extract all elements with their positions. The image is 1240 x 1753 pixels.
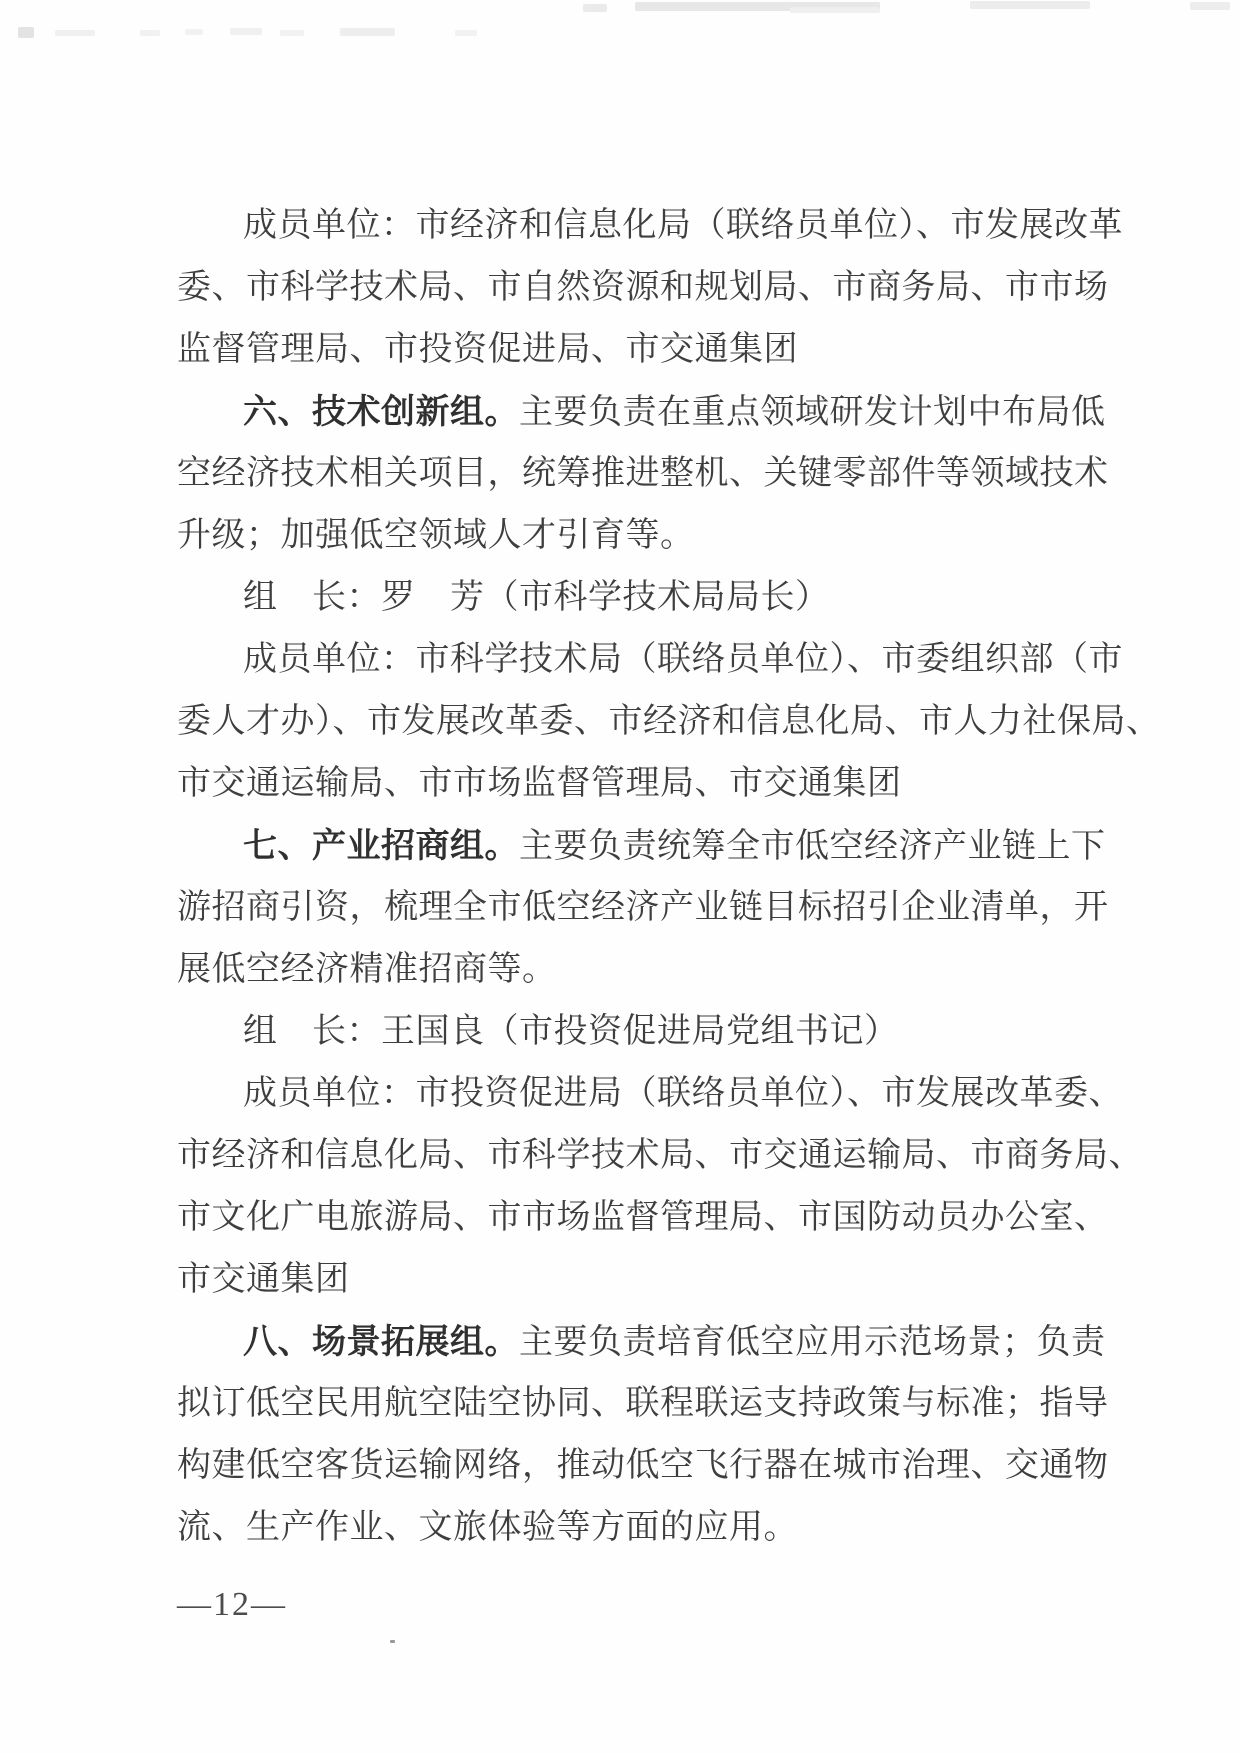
text-segment: 升级；加强低空领域人才引育等。 — [177, 517, 695, 554]
page-number: —12— — [177, 1586, 287, 1624]
scan-artifact — [583, 4, 607, 12]
text-segment: 组 长：罗 芳（市科学技术局局长） — [243, 579, 830, 616]
text-line: 委人才办）、市发展改革委、市经济和信息化局、市人力社保局、 — [177, 691, 1117, 753]
text-segment: 主要负责在重点领域研发计划中布局低 — [519, 394, 1106, 431]
scan-artifact — [185, 29, 203, 35]
text-line: 市经济和信息化局、市科学技术局、市交通运输局、市商务局、 — [177, 1125, 1117, 1187]
text-line: 成员单位：市经济和信息化局（联络员单位）、市发展改革 — [177, 195, 1117, 257]
text-segment: 成员单位：市投资促进局（联络员单位）、市发展改革委、 — [243, 1075, 1123, 1112]
text-segment: 主要负责统筹全市低空经济产业链上下 — [519, 828, 1106, 865]
text-segment: 成员单位：市经济和信息化局（联络员单位）、市发展改革 — [243, 207, 1123, 244]
text-line: 展低空经济精准招商等。 — [177, 939, 1117, 1001]
scan-speck — [390, 1640, 395, 1643]
text-line: 流、生产作业、文旅体验等方面的应用。 — [177, 1497, 1117, 1559]
text-segment: 构建低空客货运输网络，推动低空飞行器在城市治理、交通物 — [177, 1447, 1109, 1484]
text-line: 升级；加强低空领域人才引育等。 — [177, 505, 1117, 567]
text-line: 八、场景拓展组。主要负责培育低空应用示范场景；负责 — [177, 1311, 1117, 1373]
text-segment: 监督管理局、市投资促进局、市交通集团 — [177, 331, 798, 368]
text-segment: 市文化广电旅游局、市市场监督管理局、市国防动员办公室、 — [177, 1199, 1109, 1236]
text-segment: 拟订低空民用航空陆空协同、联程联运支持政策与标准；指导 — [177, 1385, 1109, 1422]
document-body: 成员单位：市经济和信息化局（联络员单位）、市发展改革委、市科学技术局、市自然资源… — [177, 195, 1117, 1559]
text-line: 空经济技术相关项目，统筹推进整机、关键零部件等领域技术 — [177, 443, 1117, 505]
text-segment: 市交通集团 — [177, 1261, 350, 1298]
text-line: 成员单位：市投资促进局（联络员单位）、市发展改革委、 — [177, 1063, 1117, 1125]
text-segment: 组 长：王国良（市投资促进局党组书记） — [243, 1013, 899, 1050]
text-line: 拟订低空民用航空陆空协同、联程联运支持政策与标准；指导 — [177, 1373, 1117, 1435]
scan-artifact — [140, 30, 160, 36]
text-segment: 流、生产作业、文旅体验等方面的应用。 — [177, 1509, 798, 1546]
scan-artifact — [970, 1, 1090, 9]
scan-artifact — [340, 28, 395, 36]
text-segment: 市交通运输局、市市场监督管理局、市交通集团 — [177, 765, 902, 802]
scan-artifact — [18, 27, 34, 38]
text-line: 组 长：罗 芳（市科学技术局局长） — [177, 567, 1117, 629]
scanned-document-page: 成员单位：市经济和信息化局（联络员单位）、市发展改革委、市科学技术局、市自然资源… — [0, 0, 1240, 1753]
scan-artifact — [55, 30, 95, 36]
text-line: 游招商引资，梳理全市低空经济产业链目标招引企业清单，开 — [177, 877, 1117, 939]
text-line: 成员单位：市科学技术局（联络员单位）、市委组织部（市 — [177, 629, 1117, 691]
text-line: 监督管理局、市投资促进局、市交通集团 — [177, 319, 1117, 381]
text-line: 组 长：王国良（市投资促进局党组书记） — [177, 1001, 1117, 1063]
text-segment: 主要负责培育低空应用示范场景；负责 — [519, 1324, 1106, 1361]
text-line: 市交通运输局、市市场监督管理局、市交通集团 — [177, 753, 1117, 815]
group-heading: 七、产业招商组。 — [243, 827, 519, 865]
text-line: 七、产业招商组。主要负责统筹全市低空经济产业链上下 — [177, 815, 1117, 877]
text-segment: 市经济和信息化局、市科学技术局、市交通运输局、市商务局、 — [177, 1137, 1143, 1174]
scan-artifact — [790, 7, 880, 13]
scan-artifact — [455, 30, 477, 36]
group-heading: 八、场景拓展组。 — [243, 1323, 519, 1361]
scan-artifact — [230, 28, 262, 35]
scan-artifact — [1190, 2, 1230, 10]
text-segment: 委、市科学技术局、市自然资源和规划局、市商务局、市市场 — [177, 269, 1109, 306]
text-segment: 委人才办）、市发展改革委、市经济和信息化局、市人力社保局、 — [177, 703, 1161, 740]
text-segment: 展低空经济精准招商等。 — [177, 951, 557, 988]
text-line: 市交通集团 — [177, 1249, 1117, 1311]
text-line: 六、技术创新组。主要负责在重点领域研发计划中布局低 — [177, 381, 1117, 443]
text-segment: 空经济技术相关项目，统筹推进整机、关键零部件等领域技术 — [177, 455, 1109, 492]
text-line: 构建低空客货运输网络，推动低空飞行器在城市治理、交通物 — [177, 1435, 1117, 1497]
scan-artifact — [280, 30, 304, 36]
text-segment: 游招商引资，梳理全市低空经济产业链目标招引企业清单，开 — [177, 889, 1109, 926]
text-line: 市文化广电旅游局、市市场监督管理局、市国防动员办公室、 — [177, 1187, 1117, 1249]
text-segment: 成员单位：市科学技术局（联络员单位）、市委组织部（市 — [243, 641, 1123, 678]
group-heading: 六、技术创新组。 — [243, 393, 519, 431]
text-line: 委、市科学技术局、市自然资源和规划局、市商务局、市市场 — [177, 257, 1117, 319]
